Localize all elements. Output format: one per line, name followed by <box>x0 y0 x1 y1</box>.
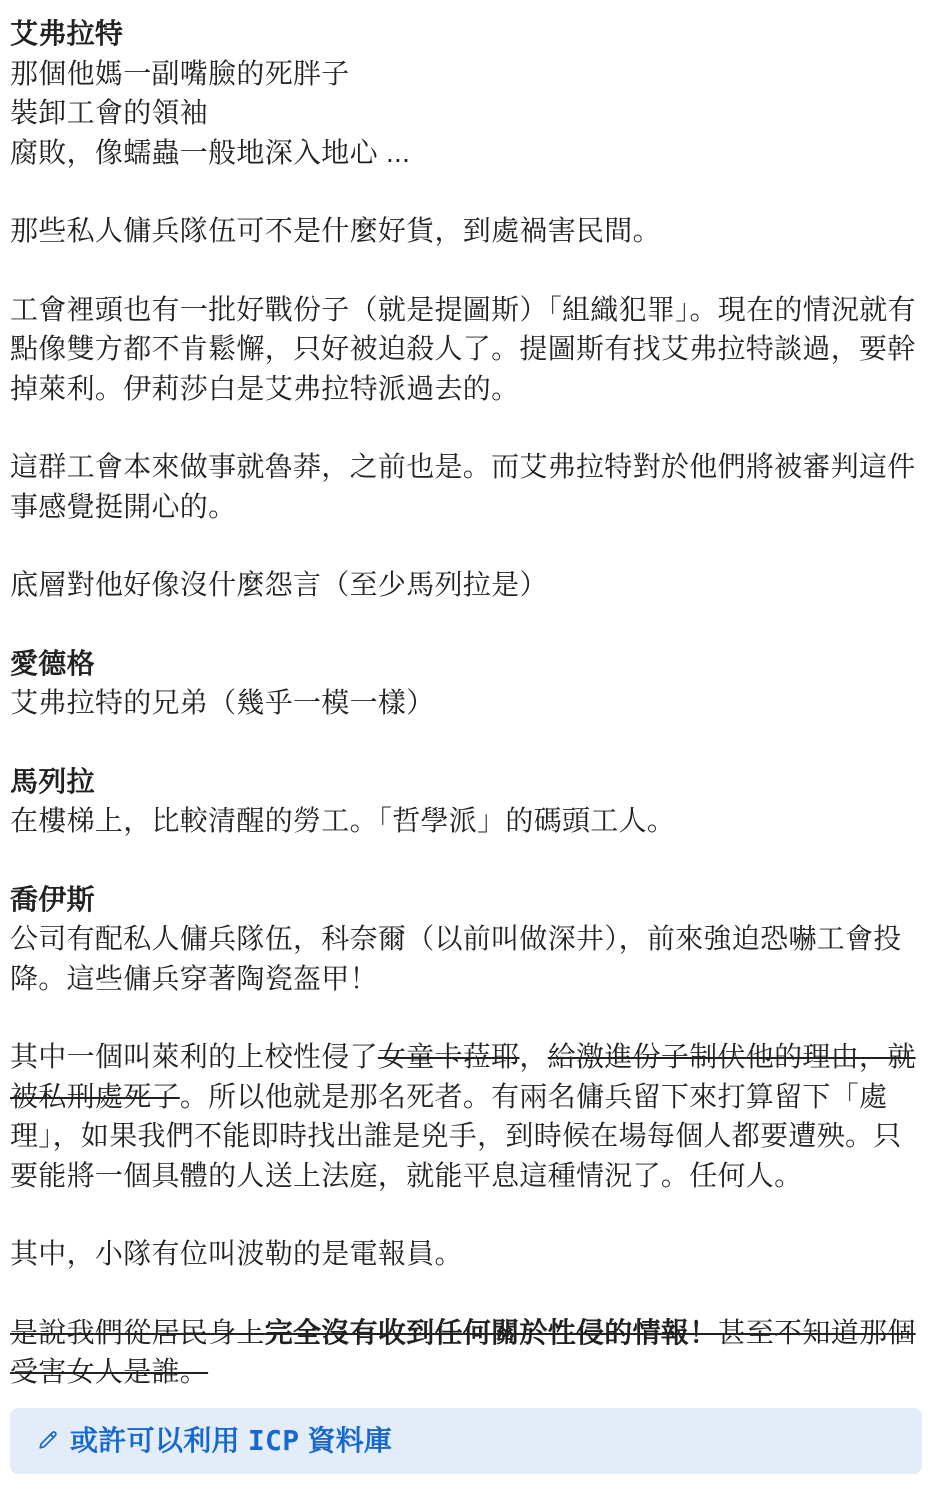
text-segment: 底層對他好像沒什麼怨言（至少馬列拉是） <box>10 569 548 600</box>
text-segment: 其中，小隊有位叫波勒的是電報員。 <box>10 1238 463 1269</box>
paragraph: 底層對他好像沒什麼怨言（至少馬列拉是） <box>10 565 922 605</box>
paragraph: 喬伊斯公司有配私人傭兵隊伍，科奈爾（以前叫做深井），前來強迫恐嚇工會投降。這些傭… <box>10 880 922 999</box>
strikethrough-text: 是說我們從居民身上 <box>10 1317 265 1348</box>
text-segment: 腐敗，像蠕蟲一般地深入地心 ... <box>10 137 410 168</box>
note-page: 艾弗拉特那個他媽一副嘴臉的死胖子裝卸工會的領袖腐敗，像蠕蟲一般地深入地心 ...… <box>0 0 948 1496</box>
strikethrough-text: 女童卡菈耶 <box>378 1041 520 1072</box>
bold-strikethrough-text: 完全沒有收到任何關於性侵的情報！ <box>265 1317 718 1348</box>
paragraph: 愛德格艾弗拉特的兄弟（幾乎一模一樣） <box>10 644 922 723</box>
paragraph: 這群工會本來做事就魯莽，之前也是。而艾弗拉特對於他們將被審判這件事感覺挺開心的。 <box>10 447 922 526</box>
paragraph: 艾弗拉特那個他媽一副嘴臉的死胖子裝卸工會的領袖腐敗，像蠕蟲一般地深入地心 ... <box>10 14 922 172</box>
text-segment: 其中一個叫萊利的上校性侵了 <box>10 1041 378 1072</box>
callout-text-icp: ICP <box>248 1424 299 1457</box>
callout-text-part: 或許可以利用 <box>70 1425 248 1456</box>
text-segment: ， <box>519 1041 547 1072</box>
text-segment: 那個他媽一副嘴臉的死胖子 <box>10 58 350 89</box>
callout-text: 或許可以利用 ICP 資料庫 <box>70 1421 392 1461</box>
text-segment: 在樓梯上，比較清醒的勞工。「哲學派」的碼頭工人。 <box>10 805 675 836</box>
paragraph: 是說我們從居民身上完全沒有收到任何關於性侵的情報！甚至不知道那個受害女人是誰。 <box>10 1313 922 1392</box>
text-segment: 工會裡頭也有一批好戰份子（就是提圖斯）「組織犯罪」。現在的情況就有點像雙方都不肯… <box>10 294 916 404</box>
text-segment: 裝卸工會的領袖 <box>10 97 208 128</box>
callout-text-part: 資料庫 <box>299 1425 392 1456</box>
pencil-icon <box>36 1428 60 1452</box>
paragraph: 其中一個叫萊利的上校性侵了女童卡菈耶，給激進份子制伏他的理由，就被私刑處死了。所… <box>10 1037 922 1195</box>
heading-text: 喬伊斯 <box>10 884 95 915</box>
icp-database-callout[interactable]: 或許可以利用 ICP 資料庫 <box>10 1408 922 1475</box>
paragraph: 工會裡頭也有一批好戰份子（就是提圖斯）「組織犯罪」。現在的情況就有點像雙方都不肯… <box>10 290 922 409</box>
heading-text: 馬列拉 <box>10 766 95 797</box>
heading-text: 艾弗拉特 <box>10 18 123 49</box>
note-body: 艾弗拉特那個他媽一副嘴臉的死胖子裝卸工會的領袖腐敗，像蠕蟲一般地深入地心 ...… <box>10 14 922 1392</box>
paragraph: 那些私人傭兵隊伍可不是什麼好貨，到處禍害民間。 <box>10 211 922 251</box>
text-segment: 這群工會本來做事就魯莽，之前也是。而艾弗拉特對於他們將被審判這件事感覺挺開心的。 <box>10 451 916 522</box>
paragraph: 其中，小隊有位叫波勒的是電報員。 <box>10 1234 922 1274</box>
heading-text: 愛德格 <box>10 648 95 679</box>
paragraph: 馬列拉在樓梯上，比較清醒的勞工。「哲學派」的碼頭工人。 <box>10 762 922 841</box>
text-segment: 艾弗拉特的兄弟（幾乎一模一樣） <box>10 687 435 718</box>
text-segment: 公司有配私人傭兵隊伍，科奈爾（以前叫做深井），前來強迫恐嚇工會投降。這些傭兵穿著… <box>10 923 902 994</box>
text-segment: 那些私人傭兵隊伍可不是什麼好貨，到處禍害民間。 <box>10 215 661 246</box>
